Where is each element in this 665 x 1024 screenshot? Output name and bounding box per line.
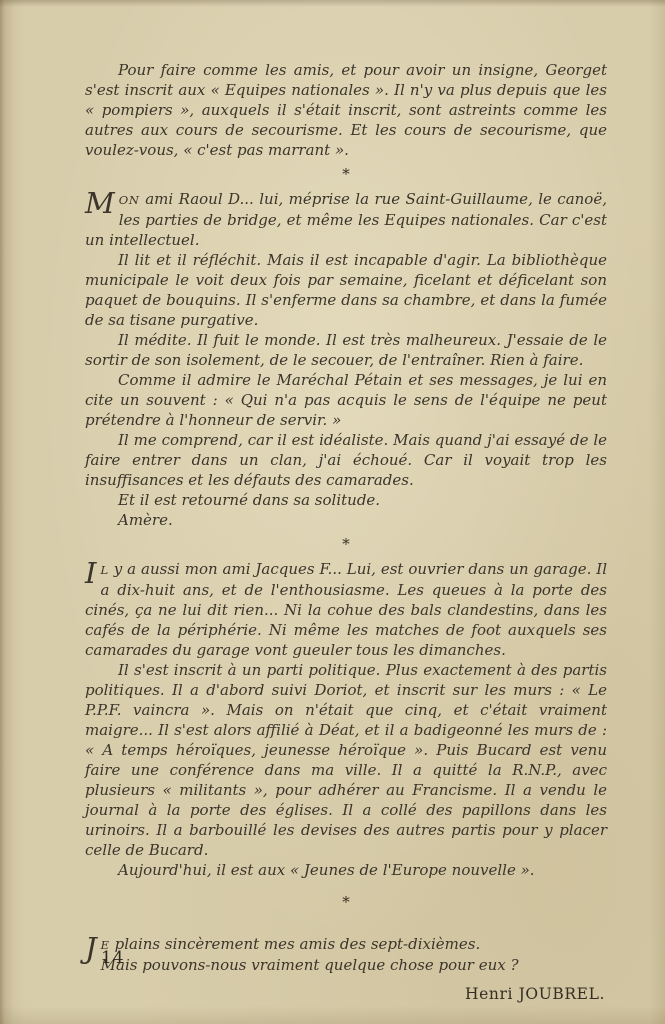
paragraph: Il médite. Il fuit le monde. Il est très… — [85, 330, 607, 370]
author-signature: Henri JOUBREL. — [85, 984, 605, 1004]
lettrine-smallcaps: ON — [119, 193, 140, 207]
lettrine-initial: J — [85, 935, 97, 974]
paragraph: Mais pouvons-nous vraiment quelque chose… — [85, 955, 607, 975]
page-text-block: Pour faire comme les amis, et pour avoir… — [85, 60, 607, 1004]
paragraph: Il s'est inscrit à un parti politique. P… — [85, 660, 607, 860]
lettrine-smallcaps: L — [100, 563, 108, 577]
lettrine-initial: M — [85, 190, 115, 229]
paragraph: Et il est retourné dans sa solitude. — [85, 490, 607, 510]
paragraph-with-lettrine: IL y a aussi mon ami Jacques F... Lui, e… — [85, 559, 607, 660]
paragraph-with-lettrine: JE plains sincèrement mes amis des sept-… — [85, 934, 607, 955]
star-separator: * — [85, 166, 607, 182]
paragraph: Il me comprend, car il est idéaliste. Ma… — [85, 430, 607, 490]
page-number: 14 — [101, 948, 125, 968]
paragraph: Aujourd'hui, il est aux « Jeunes de l'Eu… — [85, 860, 607, 880]
star-separator: * — [85, 536, 607, 552]
paragraph-text: ami Raoul D... lui, méprise la rue Saint… — [85, 190, 607, 249]
lettrine-initial: I — [85, 560, 96, 599]
paragraph-text: plains sincèrement mes amis des sept-dix… — [110, 935, 480, 953]
paragraph: Il lit et il réfléchit. Mais il est inca… — [85, 250, 607, 330]
paragraph-with-lettrine: MON ami Raoul D... lui, méprise la rue S… — [85, 189, 607, 250]
paragraph: Pour faire comme les amis, et pour avoir… — [85, 60, 607, 160]
scanned-book-page: Pour faire comme les amis, et pour avoir… — [0, 0, 665, 1024]
star-separator: * — [85, 894, 607, 910]
paragraph: Comme il admire le Maréchal Pétain et se… — [85, 370, 607, 430]
paragraph: Amère. — [85, 510, 607, 530]
paragraph-text: y a aussi mon ami Jacques F... Lui, est … — [85, 560, 607, 659]
